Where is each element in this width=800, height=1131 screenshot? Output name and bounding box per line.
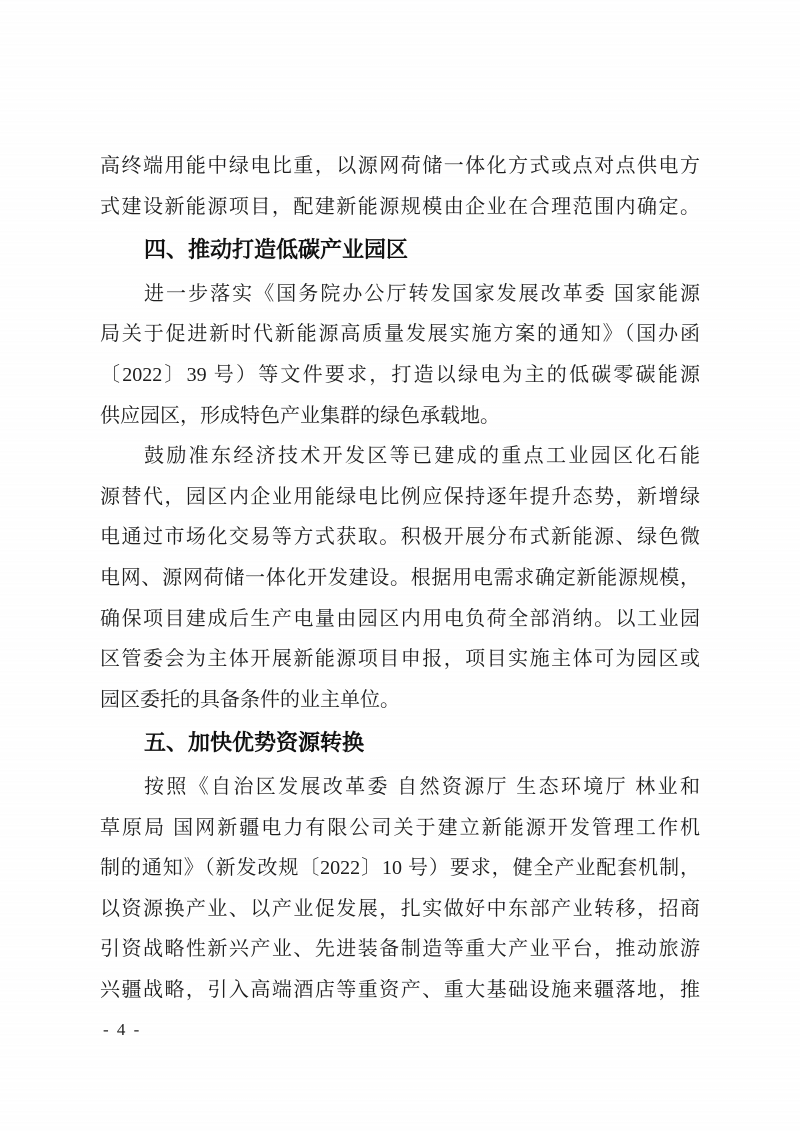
text-line: 园区委托的具备条件的业主单位。 bbox=[100, 680, 700, 721]
text-line: 高终端用能中绿电比重，以源网荷储一体化方式或点对点供电方 bbox=[100, 146, 700, 187]
text-line: 以资源换产业、以产业促发展，扎实做好中东部产业转移，招商 bbox=[100, 889, 700, 930]
text-line: 引资战略性新兴产业、先进装备制造等重大产业平台，推动旅游 bbox=[100, 929, 700, 970]
text-line: 制的通知》（新发改规〔2022〕10 号）要求，健全产业配套机制， bbox=[100, 848, 700, 889]
document-body: 高终端用能中绿电比重，以源网荷储一体化方式或点对点供电方式建设新能源项目，配建新… bbox=[100, 146, 700, 1010]
page-number: - 4 - bbox=[103, 1019, 141, 1041]
text-line: 局关于促进新时代新能源高质量发展实施方案的通知》（国办函 bbox=[100, 314, 700, 355]
text-line: 草原局 国网新疆电力有限公司关于建立新能源开发管理工作机 bbox=[100, 808, 700, 849]
section-heading: 五、加快优势资源转换 bbox=[100, 723, 700, 764]
text-line: 电网、源网荷储一体化开发建设。根据用电需求确定新能源规模， bbox=[100, 558, 700, 599]
text-line: 按照《自治区发展改革委 自然资源厅 生态环境厅 林业和 bbox=[100, 767, 700, 808]
text-line: 式建设新能源项目，配建新能源规模由企业在合理范围内确定。 bbox=[100, 187, 700, 228]
text-line: 进一步落实《国务院办公厅转发国家发展改革委 国家能源 bbox=[100, 274, 700, 315]
text-line: 兴疆战略，引入高端酒店等重资产、重大基础设施来疆落地，推 bbox=[100, 970, 700, 1011]
text-line: 区管委会为主体开展新能源项目申报，项目实施主体可为园区或 bbox=[100, 639, 700, 680]
text-line: 供应园区，形成特色产业集群的绿色承载地。 bbox=[100, 396, 700, 437]
document-page: 高终端用能中绿电比重，以源网荷储一体化方式或点对点供电方式建设新能源项目，配建新… bbox=[0, 0, 800, 1131]
text-line: 电通过市场化交易等方式获取。积极开展分布式新能源、绿色微 bbox=[100, 517, 700, 558]
text-line: 源替代，园区内企业用能绿电比例应保持逐年提升态势，新增绿 bbox=[100, 477, 700, 518]
text-line: 鼓励准东经济技术开发区等已建成的重点工业园区化石能 bbox=[100, 436, 700, 477]
text-line: 确保项目建成后生产电量由园区内用电负荷全部消纳。以工业园 bbox=[100, 599, 700, 640]
text-line: 〔2022〕39 号）等文件要求，打造以绿电为主的低碳零碳能源 bbox=[100, 355, 700, 396]
section-heading: 四、推动打造低碳产业园区 bbox=[100, 230, 700, 271]
